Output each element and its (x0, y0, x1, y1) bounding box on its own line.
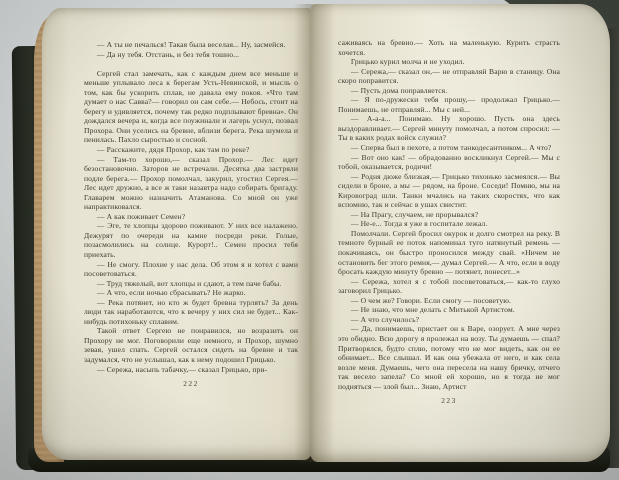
paragraph: саживаясь на бревно.— Хоть на маленькую.… (338, 38, 560, 57)
paragraph: — На Прагу, случаем, не прорывался? (338, 210, 560, 220)
right-page-paragraphs: саживаясь на бревно.— Хоть на маленькую.… (338, 38, 560, 391)
paragraph: — Сережа,— сказал он,— не отправляй Варю… (338, 67, 560, 86)
paragraph: — Родня дюже близкая,— Грицько тихонько … (338, 172, 560, 210)
paragraph: — Эге, те хлопцы здорово поживают. У них… (84, 221, 298, 259)
paragraph: — Я по-дружески тебя прошу,— продолжал Г… (338, 95, 560, 114)
paragraph: — Да ну тебя. Отстань, и без тебя тошно.… (84, 50, 298, 60)
paragraph: — Труд тяжелый, вот хлопцы и сдают, а те… (84, 279, 298, 289)
paragraph: Помолчали. Сергей бросил окурок и долго … (338, 229, 560, 277)
paragraph: Сергей стал замечать, как с каждым днем … (84, 69, 298, 145)
book-photo: — А ты не печалься! Такая была веселая..… (0, 0, 619, 480)
paragraph: — Не смогу. Плохие у нас дела. Об этом я… (84, 260, 298, 279)
paragraph: — Вот оно как! — обрадованно воскликнул … (338, 153, 560, 172)
paragraph: — Расскажите, дядя Прохор, как там по ре… (84, 145, 298, 155)
page-number-left: 222 (84, 379, 298, 389)
paragraph: — Сережа, насыпь табачку,— сказал Грицьк… (84, 365, 298, 375)
paragraph: — Не-е... Тогда я уже в госпитале лежал. (338, 219, 560, 229)
paragraph: — Река потянет, но кто ж будет бревна ту… (84, 298, 298, 327)
paragraph: — А ты не печалься! Такая была веселая..… (84, 40, 298, 50)
paragraph: — А как поживает Семен? (84, 212, 298, 222)
left-page-text: — А ты не печалься! Такая была веселая..… (84, 40, 298, 389)
paragraph: — Да, понимаешь, пристает он к Варе, озо… (338, 324, 560, 391)
paragraph: — А что, если ночью сбрасывать? Не жарко… (84, 288, 298, 298)
paragraph: — О чем же? Говори. Если смогу — посовет… (338, 296, 560, 306)
left-page-paragraphs: — А ты не печалься! Такая была веселая..… (84, 40, 298, 374)
paragraph: — Не знаю, что мне делать с Митькой Арти… (338, 305, 560, 315)
paragraph: — А что случилось? (338, 315, 560, 325)
paragraph: — А-а-а... Понимаю. Ну хорошо. Пусть она… (338, 114, 560, 143)
paragraph: Такой ответ Сергею не понравился, но воз… (84, 326, 298, 364)
paragraph: Грицько курил молча и не уходил. (338, 57, 560, 67)
paragraph: — Пусть дома поправляется. (338, 86, 560, 96)
paragraph: — Там-то хорошо,— сказал Прохор.— Лес ид… (84, 155, 298, 212)
page-number-right: 223 (338, 396, 560, 406)
paragraph: — Сережа, хотел я с тобой посоветоваться… (338, 277, 560, 296)
paragraph: — Сперва был в пехоте, а потом танкодеса… (338, 143, 560, 153)
right-page-text: саживаясь на бревно.— Хоть на маленькую.… (338, 38, 560, 406)
